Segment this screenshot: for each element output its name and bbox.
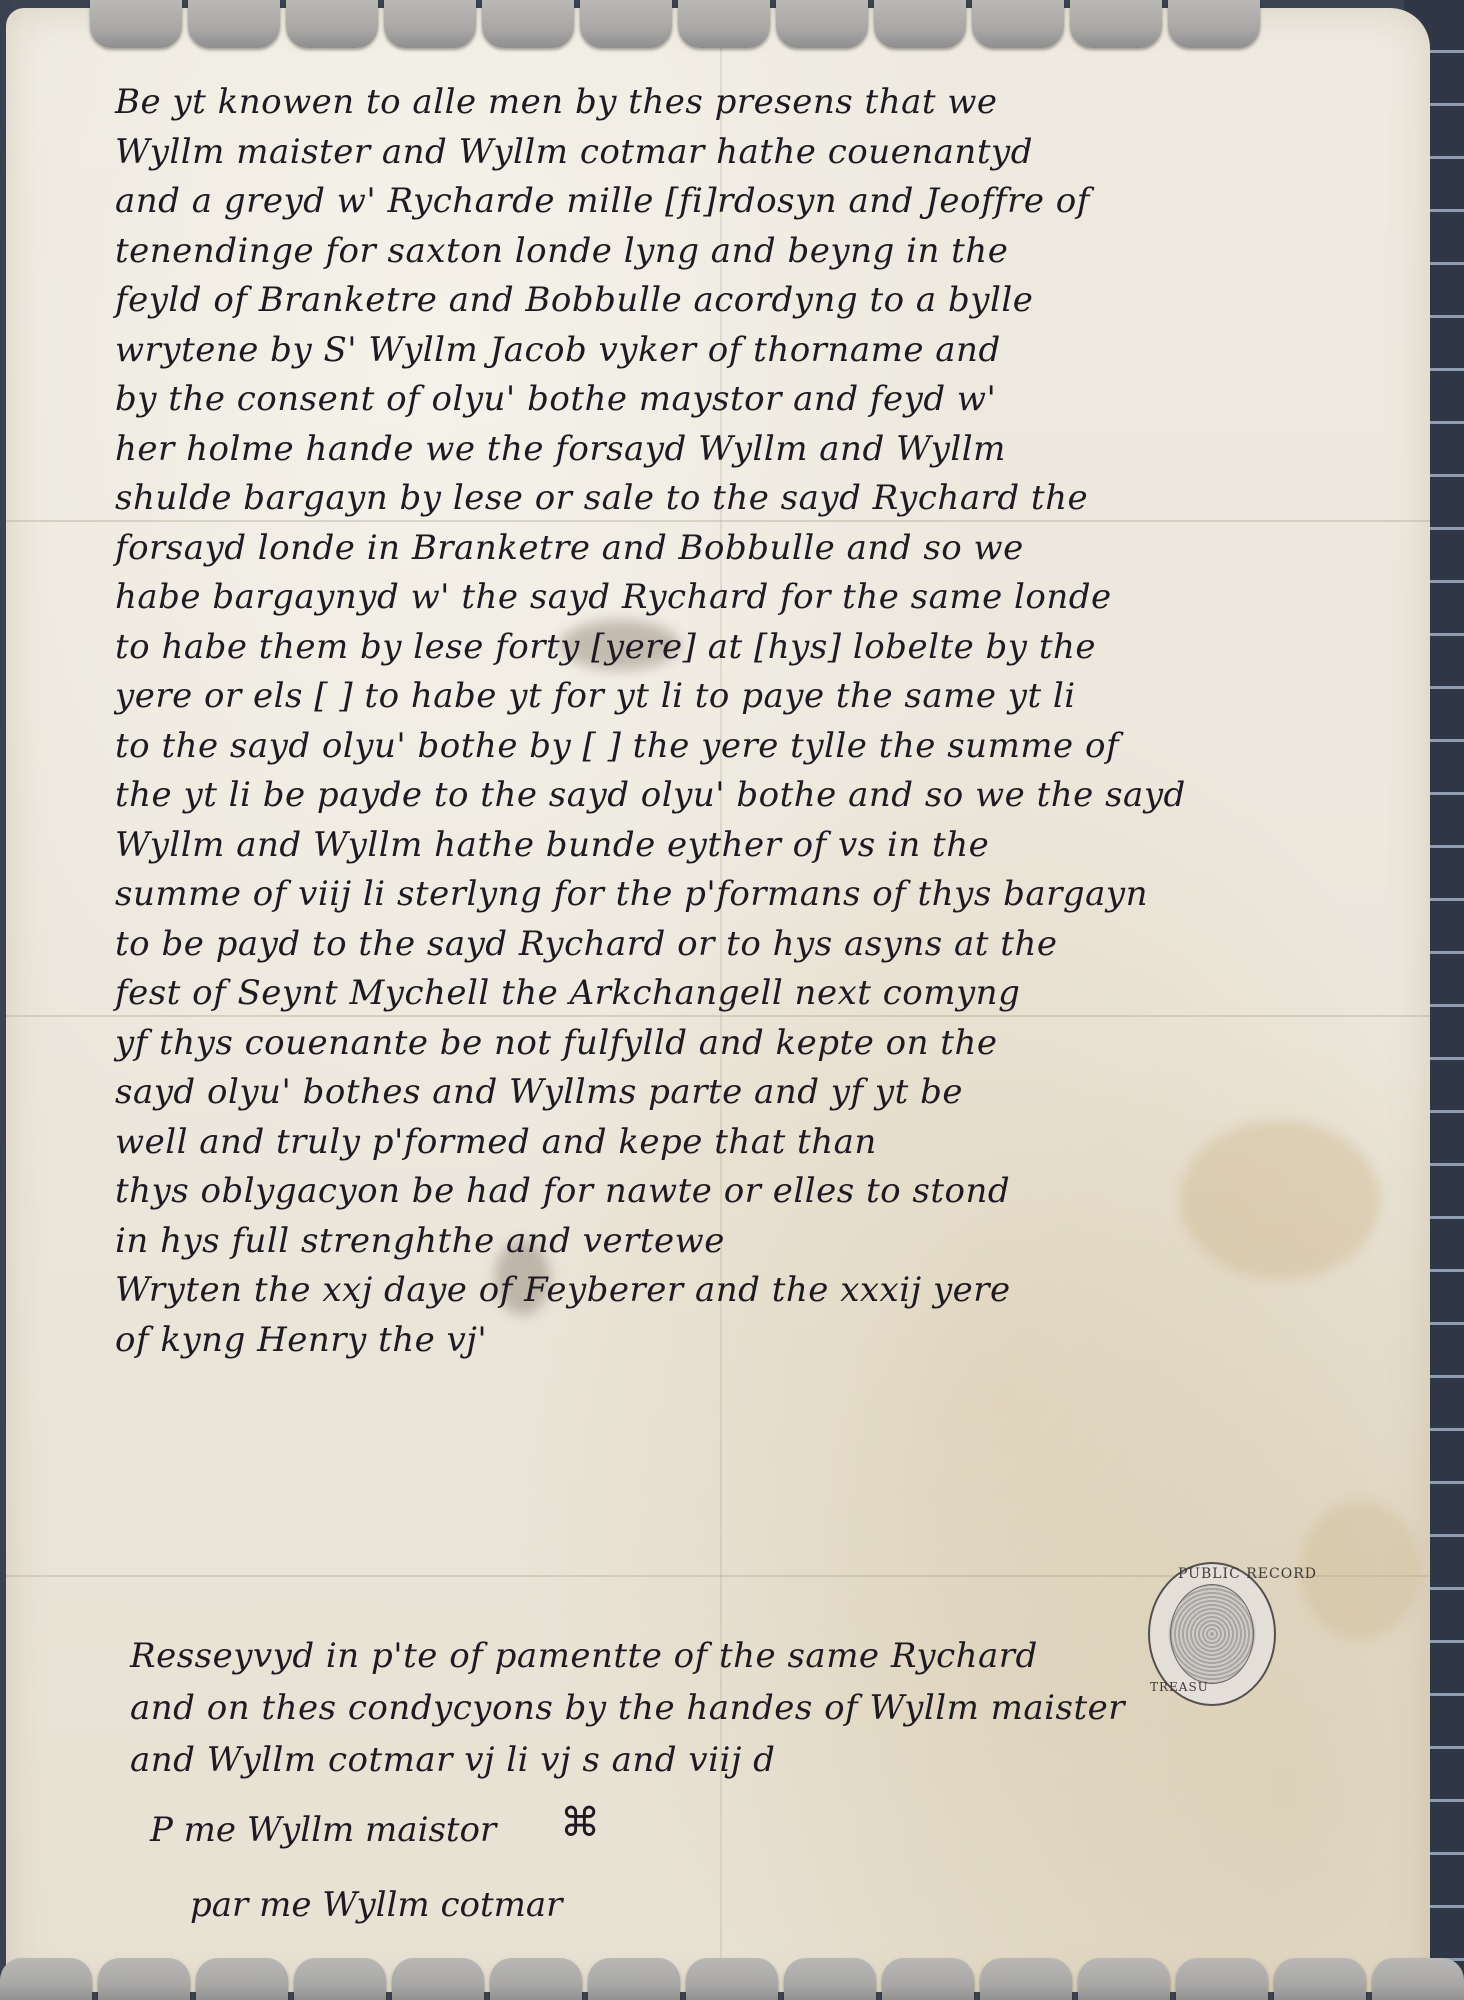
signature-maistor: P me Wyllm maistor <box>150 1810 496 1850</box>
text-line: forsayd londe in Branketre and Bobbulle … <box>115 524 1415 574</box>
text-line: summe of viij li sterlyng for the p'form… <box>115 870 1415 920</box>
text-line: to habe them by lese forty [yere] at [hy… <box>115 623 1415 673</box>
endorsement: Resseyvyd in p'te of pamentte of the sam… <box>130 1630 1380 1786</box>
top-weights <box>90 0 1260 48</box>
text-line: shulde bargayn by lese or sale to the sa… <box>115 474 1415 524</box>
text-line: yere or els [ ] to habe yt for yt li to … <box>115 672 1415 722</box>
text-line: Wyllm maister and Wyllm cotmar hathe cou… <box>115 128 1415 178</box>
text-line: fest of Seynt Mychell the Arkchangell ne… <box>115 969 1415 1019</box>
water-stain <box>1300 1500 1420 1640</box>
bond-text: Be yt knowen to alle men by thes presens… <box>115 78 1415 1365</box>
signature-cotmar: par me Wyllm cotmar <box>190 1885 562 1925</box>
text-line: thys oblygacyon be had for nawte or elle… <box>115 1167 1415 1217</box>
endorsement-line: Resseyvyd in p'te of pamentte of the sam… <box>130 1630 1380 1682</box>
dating-clause: Wryten the xxj daye of Feyberer and the … <box>115 1266 1415 1316</box>
text-line: yf thys couenante be not fulfylld and ke… <box>115 1019 1415 1069</box>
text-line: wrytene by S' Wyllm Jacob vyker of thorn… <box>115 326 1415 376</box>
text-line: to the sayd olyu' bothe by [ ] the yere … <box>115 722 1415 772</box>
text-line: well and truly p'formed and kepe that th… <box>115 1118 1415 1168</box>
text-line: to be payd to the sayd Rychard or to hys… <box>115 920 1415 970</box>
text-line: feyld of Branketre and Bobbulle acordyng… <box>115 276 1415 326</box>
text-line: Wyllm and Wyllm hathe bunde eyther of vs… <box>115 821 1415 871</box>
text-line: the yt li be payde to the sayd olyu' bot… <box>115 771 1415 821</box>
text-line: sayd olyu' bothes and Wyllms parte and y… <box>115 1068 1415 1118</box>
text-line: tenendinge for saxton londe lyng and bey… <box>115 227 1415 277</box>
text-line: by the consent of olyu' bothe maystor an… <box>115 375 1415 425</box>
text-line: Be yt knowen to alle men by thes presens… <box>115 78 1415 128</box>
dating-clause: of kyng Henry the vj' <box>115 1316 1415 1366</box>
merchant-mark-icon: ⌘ <box>560 1800 600 1846</box>
text-line: and a greyd w' Rycharde mille [fi]rdosyn… <box>115 177 1415 227</box>
text-line: her holme hande we the forsayd Wyllm and… <box>115 425 1415 475</box>
endorsement-line: and on thes condycyons by the handes of … <box>130 1682 1380 1734</box>
text-line: in hys full strenghthe and vertewe <box>115 1217 1415 1267</box>
endorsement-line: and Wyllm cotmar vj li vj s and viij d <box>130 1734 1380 1786</box>
bottom-weights <box>0 1958 1464 2000</box>
seal-legend-top: PUBLIC RECORD <box>1178 1566 1317 1582</box>
text-line: habe bargaynyd w' the sayd Rychard for t… <box>115 573 1415 623</box>
